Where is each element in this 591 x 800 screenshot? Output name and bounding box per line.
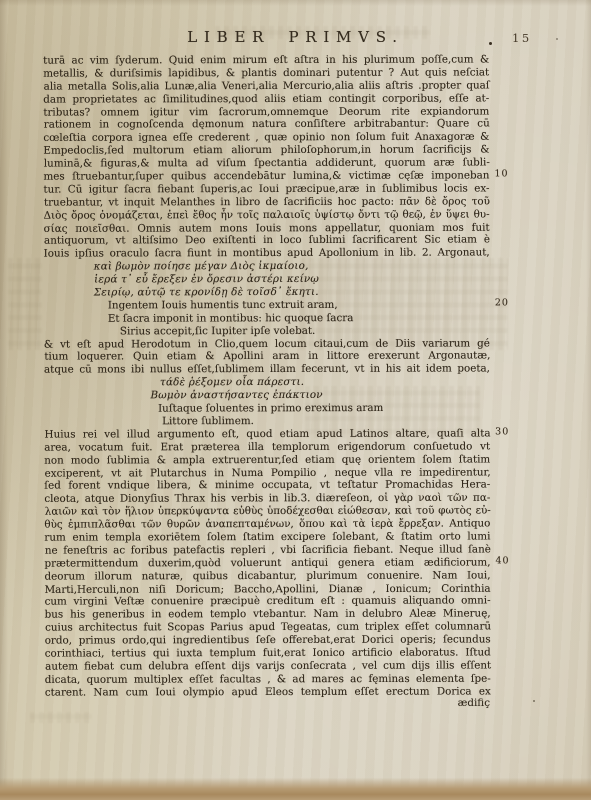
text-line-content: Διὸς ὄρος ὀνομάζεται, ἐπεὶ ἔθος ἦν τοῖς … bbox=[44, 208, 490, 222]
text-line-content: deorum illorum naturæ, quibus dicabantur… bbox=[45, 569, 491, 583]
text-line: Et ſacra imponit in montibus: hic quoque… bbox=[44, 311, 490, 325]
text-line: ἱερά τ᾽ εὖ ἔρεξεν ἐν ὄρεσιν ἀστέρι κείνῳ bbox=[44, 273, 490, 287]
text-line-content: Huius rei vel illud argumento eſt, quod … bbox=[45, 427, 491, 441]
text-line: mes ſtruebantur,ſuper quibus accendebātu… bbox=[43, 169, 489, 183]
catchword: ædifiç bbox=[44, 697, 490, 709]
scanned-book-page: LIBER PRIMVS. 15 turā ac vim ſyderum. Qu… bbox=[0, 0, 591, 800]
text-line: Διὸς ὄρος ὀνομάζεται, ἐπεὶ ἔθος ἦν τοῖς … bbox=[44, 208, 490, 222]
text-line: tium loquerer. Quin etiam & Apollini ara… bbox=[44, 350, 490, 364]
text-line: antiquorum, vt altiſsimo Deo exiſtenti i… bbox=[44, 234, 490, 248]
text-line: rationem in cognoſcenda dęmonum natura c… bbox=[43, 118, 489, 132]
text-line-content: Empedoclis,ſed multorum etiam aliorum ph… bbox=[43, 144, 489, 158]
text-line: luminā,& figuras,& multa ad viſum ſpecta… bbox=[43, 157, 489, 171]
text-line: Iouis ipſius oraculo ſacra fiunt in mont… bbox=[44, 247, 490, 261]
text-line: ordo, primus ordo,qui ingredientibus ſeſ… bbox=[45, 633, 491, 647]
running-head-title: LIBER PRIMVS. bbox=[0, 28, 591, 46]
text-line: τάδὲ ῥέξομεν οἷα πάρεστι. bbox=[44, 376, 490, 390]
text-line: & vt eſt apud Herodotum in Clio,quem loc… bbox=[44, 337, 490, 351]
text-line-content: dam proprietates ac ſimilitudines,quod a… bbox=[43, 92, 489, 106]
text-line: Ingentem Iouis humentis tunc extruit ara… bbox=[44, 298, 490, 312]
text-line: Huius rei vel illud argumento eſt, quod … bbox=[44, 427, 490, 441]
text-line-content: τάδὲ ῥέξομεν οἷα πάρεστι. bbox=[160, 376, 490, 390]
text-line-content: καὶ βωμὸν ποίησε μέγαν Διὸς ἰκμαίοιο, bbox=[94, 260, 490, 274]
text-line-content: tur. Cū igitur ſacra fiebant ſuperis,ac … bbox=[43, 182, 489, 196]
text-line: prætermittendum duxerim,quòd voluerunt a… bbox=[44, 556, 490, 570]
text-line-content: atque cū mons ibi nullus eſſet,ſublimem … bbox=[44, 363, 490, 377]
text-line: cleota, atque Dionyſius Thrax his verbis… bbox=[44, 492, 490, 506]
text-line-content: Sirius accepit,ſic Iupiter ipſe volebat. bbox=[120, 324, 490, 338]
text-line: atque cū mons ibi nullus eſſet,ſublimem … bbox=[44, 363, 490, 377]
text-line-content: cum virgini Veſtæ conuenire præcipuè cre… bbox=[45, 595, 491, 609]
text-line-content: Ingentem Iouis humentis tunc extruit ara… bbox=[108, 298, 490, 312]
text-line: alia metalla Solis,alia Lunæ,alia Veneri… bbox=[43, 79, 489, 93]
text-line-content: Iuſtaque ſoluentes in primo ereximus ara… bbox=[158, 402, 490, 416]
text-line-content: ἱερά τ᾽ εὖ ἔρεξεν ἐν ὄρεσιν ἀστέρι κείνῳ bbox=[94, 273, 490, 287]
text-line: Empedoclis,ſed multorum etiam aliorum ph… bbox=[43, 144, 489, 158]
text-line-content: ne feneſtris ac foribus patefactis reple… bbox=[45, 543, 491, 557]
text-line: dam proprietates ac ſimilitudines,quod a… bbox=[43, 92, 489, 106]
text-line-content: alia metalla Solis,alia Lunæ,alia Veneri… bbox=[44, 79, 490, 93]
text-line-content: metallis, & duriſsimis lapidibus, & plan… bbox=[43, 66, 489, 80]
marginal-line-number: 40 bbox=[495, 555, 509, 568]
text-line-content: λαιῶν καὶ τὸν ἥλιον ὑπερκύψαντα εὐθὺς ὑπ… bbox=[45, 505, 491, 519]
text-line-content: mes ſtruebantur,ſuper quibus accendebātu… bbox=[43, 169, 489, 183]
text-line: θὺς ἐμπιπλᾶσθαι τῶν θυρῶν ἀναπεπταμένων,… bbox=[44, 517, 490, 531]
text-line-content: luminā,& figuras,& multa ad viſum ſpecta… bbox=[44, 157, 490, 171]
text-line: autem fiebat cum delubra eſſent dijs var… bbox=[45, 659, 491, 673]
text-line: corinthiaci, tertius qui iuxta templum f… bbox=[45, 646, 491, 660]
text-line: σίας ποιεῖσθαι. Omnis autem mons Iouis m… bbox=[44, 221, 490, 235]
text-line: rum enim templa exoriētem ſolem ſtatim e… bbox=[44, 530, 490, 544]
text-line: non modo ſublimia & ampla extruerentur,ſ… bbox=[44, 453, 490, 467]
text-line: ſed forent vndique libera, & minime occu… bbox=[44, 479, 490, 493]
text-line: Iuſtaque ſoluentes in primo ereximus ara… bbox=[44, 401, 490, 415]
text-line: Littore ſublimem. bbox=[44, 414, 490, 428]
text-line: dicata, quorum multiplex eſſet facultas … bbox=[45, 672, 491, 686]
text-line: turā ac vim ſyderum. Quid enim mirum eſt… bbox=[43, 53, 489, 67]
text-line-content: antiquorum, vt altiſsimo Deo exiſtenti i… bbox=[44, 234, 490, 248]
text-line-content: prætermittendum duxerim,quòd voluerunt a… bbox=[44, 556, 490, 570]
marginal-line-number: 20 bbox=[495, 297, 509, 310]
text-line: bus his generibus in eodem templo vteban… bbox=[45, 608, 491, 622]
bleedthrough-ghost bbox=[30, 712, 92, 723]
text-line: truebantur, vt inquit Melanthes in libro… bbox=[44, 195, 490, 209]
ink-speck bbox=[533, 700, 535, 702]
text-line: καὶ βωμὸν ποίησε μέγαν Διὸς ἰκμαίοιο, bbox=[44, 260, 490, 274]
text-line: cœleſtia corpora ignea eſſe crederent , … bbox=[43, 131, 489, 145]
text-line: metallis, & duriſsimis lapidibus, & plan… bbox=[43, 66, 489, 80]
ink-speck bbox=[489, 42, 492, 45]
text-line: cum virgini Veſtæ conuenire præcipuè cre… bbox=[45, 595, 491, 609]
text-line: tributas? omnem igitur vim ſacrorum,omne… bbox=[43, 105, 489, 119]
text-line-content: bus his generibus in eodem templo vteban… bbox=[45, 608, 491, 622]
text-line-content: θὺς ἐμπιπλᾶσθαι τῶν θυρῶν ἀναπεπταμένων,… bbox=[44, 517, 490, 531]
text-line-content: cuius architectus fuit Scopas Parius apu… bbox=[45, 621, 491, 635]
text-line: ne feneſtris ac foribus patefactis reple… bbox=[44, 543, 490, 557]
text-line: tur. Cū igitur ſacra fiebant ſuperis,ac … bbox=[43, 182, 489, 196]
text-line: exciperent, vt ait Plutarchus in Numa Po… bbox=[44, 466, 490, 480]
text-line-content: Σειρίῳ, αὐτῷ τε κρονίδῃ δὲ τοῖσδ᾽ ἔκητι. bbox=[94, 285, 490, 299]
text-line-content: non modo ſublimia & ampla extruerentur,ſ… bbox=[44, 453, 490, 467]
text-line-content: Iouis ipſius oraculo ſacra fiunt in mont… bbox=[44, 247, 490, 261]
text-block: turā ac vim ſyderum. Quid enim mirum eſt… bbox=[43, 53, 491, 699]
text-line-content: corinthiaci, tertius qui iuxta templum f… bbox=[45, 646, 491, 660]
text-line-content: rationem in cognoſcenda dęmonum natura c… bbox=[44, 118, 490, 132]
text-line: cuius architectus fuit Scopas Parius apu… bbox=[45, 621, 491, 635]
text-line-content: ſed forent vndique libera, & minime occu… bbox=[44, 479, 490, 493]
text-line-content: exciperent, vt ait Plutarchus in Numa Po… bbox=[45, 466, 491, 480]
text-line-content: autem fiebat cum delubra eſſent dijs var… bbox=[45, 659, 491, 673]
text-line: Βωμὸν ἀναστήσαντες ἐπάκτιον bbox=[44, 389, 490, 403]
text-line: Σειρίῳ, αὐτῷ τε κρονίδῃ δὲ τοῖσδ᾽ ἔκητι. bbox=[44, 285, 490, 299]
text-line-content: tium loquerer. Quin etiam & Apollini ara… bbox=[44, 350, 490, 364]
text-line-content: ordo, primus ordo,qui ingredientibus ſeſ… bbox=[45, 633, 491, 647]
ink-speck bbox=[556, 38, 558, 40]
marginal-line-number: 30 bbox=[495, 426, 509, 439]
text-line-content: Littore ſublimem. bbox=[162, 414, 490, 428]
text-line-content: rum enim templa exoriētem ſolem ſtatim e… bbox=[44, 530, 490, 544]
text-line-content: & vt eſt apud Herodotum in Clio,quem loc… bbox=[44, 337, 490, 351]
text-line-content: truebantur, vt inquit Melanthes in libro… bbox=[44, 195, 490, 209]
text-line: λαιῶν καὶ τὸν ἥλιον ὑπερκύψαντα εὐθὺς ὑπ… bbox=[44, 505, 490, 519]
text-line-content: tributas? omnem igitur vim ſacrorum,omne… bbox=[43, 105, 489, 119]
page-number: 15 bbox=[512, 31, 532, 45]
marginal-line-number: 10 bbox=[494, 168, 508, 181]
text-line: deorum illorum naturæ, quibus dicabantur… bbox=[45, 569, 491, 583]
bleedthrough-ghost bbox=[8, 258, 42, 350]
text-line: Sirius accepit,ſic Iupiter ipſe volebat. bbox=[44, 324, 490, 338]
text-line-content: turā ac vim ſyderum. Quid enim mirum eſt… bbox=[43, 53, 489, 67]
text-line-content: Βωμὸν ἀναστήσαντες ἐπάκτιον bbox=[150, 389, 490, 403]
text-line: area, vocatum fuit. Erat præterea illa t… bbox=[44, 440, 490, 454]
text-line-content: area, vocatum fuit. Erat præterea illa t… bbox=[44, 440, 490, 454]
